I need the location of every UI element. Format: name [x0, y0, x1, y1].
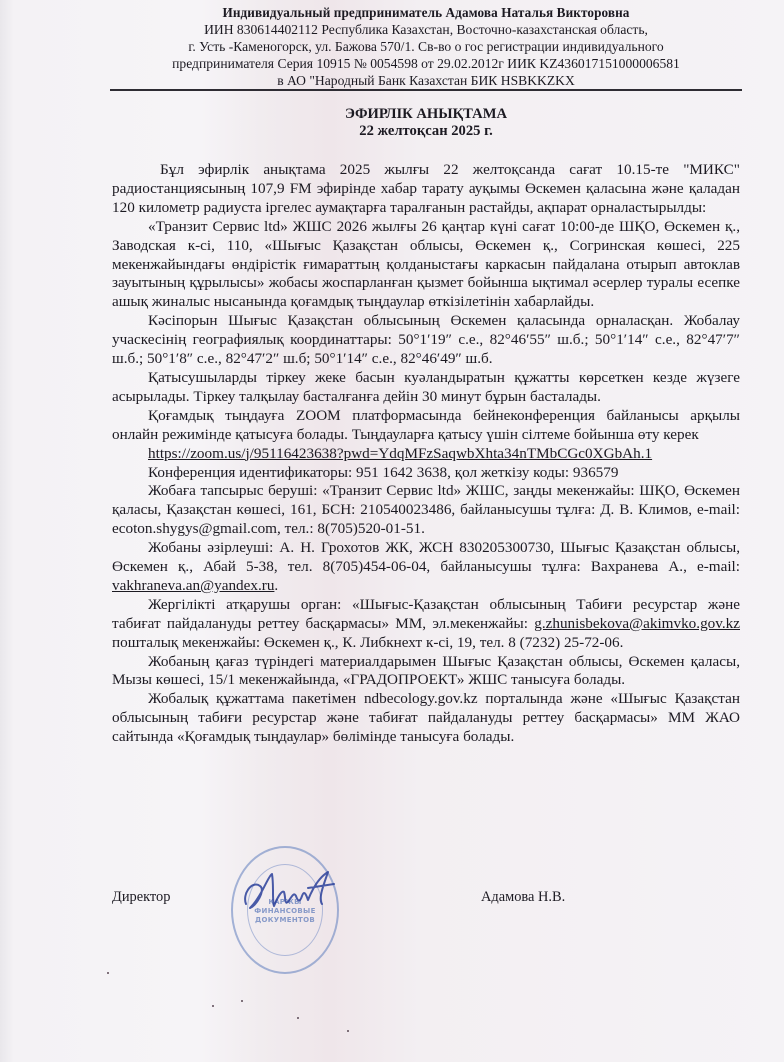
scan-speck	[297, 1017, 299, 1019]
developer-text: Жобаны әзірлеуші: А. Н. Грохотов ЖК, ЖСН…	[112, 539, 740, 575]
signatory-name: Адамова Н.В.	[481, 889, 565, 906]
paragraph-paper-materials: Жобаның қағаз түріндегі материалдарымен …	[112, 653, 740, 691]
paragraph-local-authority: Жергілікті атқарушы орган: «Шығыс-Қазақс…	[112, 596, 740, 653]
paragraph-coordinates: Кәсіпорын Шығыс Қазақстан облысының Өске…	[112, 312, 740, 369]
signatory-role: Директор	[112, 889, 170, 906]
paragraph-developer: Жобаны әзірлеуші: А. Н. Грохотов ЖК, ЖСН…	[112, 539, 740, 596]
scan-speck	[212, 1005, 214, 1007]
handwritten-signature-icon	[238, 866, 348, 916]
document-title: ЭФИРЛІК АНЫҚТАМА	[110, 106, 742, 123]
stamp-text-line-3: ДОКУМЕНТОВ	[233, 916, 337, 925]
scan-speck	[347, 1030, 349, 1032]
paragraph-zoom-participation: Қоғамдық тыңдауға ZOOM платформасында бе…	[112, 407, 740, 445]
paragraph-customer: Жобаға тапсырыс беруші: «Транзит Сервис …	[112, 482, 740, 539]
letterhead-line-3: предпринимателя Серия 10915 № 0054598 от…	[110, 55, 742, 72]
letterhead-line-2: г. Усть -Каменогорск, ул. Бажова 570/1. …	[110, 38, 742, 55]
paragraph-registration: Қатысушыларды тіркеу жеке басын куәланды…	[112, 369, 740, 407]
scanned-page: Индивидуальный предприниматель Адамова Н…	[0, 0, 784, 1062]
letterhead-divider	[110, 89, 742, 91]
conference-id: Конференция идентификаторы: 951 1642 363…	[112, 464, 740, 483]
paragraph-hearing-announcement: «Транзит Сервис ltd» ЖШС 2026 жылғы 26 қ…	[112, 218, 740, 313]
scan-speck	[241, 1000, 243, 1002]
letterhead-line-1: ИИН 830614402112 Республика Казахстан, В…	[110, 21, 742, 38]
paragraph-broadcast-confirmation: Бұл эфирлік анықтама 2025 жылғы 22 желто…	[112, 161, 740, 218]
document-title-block: ЭФИРЛІК АНЫҚТАМА 22 желтоқсан 2025 г.	[110, 106, 742, 140]
paragraph-online-materials: Жобалық құжаттама пакетімен ndbecology.g…	[112, 690, 740, 747]
scan-speck	[107, 972, 109, 974]
authority-text-end: пошталық мекенжайы: Өскемен қ., К. Либкн…	[112, 634, 623, 651]
document-date: 22 желтоқсан 2025 г.	[110, 123, 742, 140]
letterhead-name: Индивидуальный предприниматель Адамова Н…	[110, 4, 742, 21]
zoom-link[interactable]: https://zoom.us/j/95116423638?pwd=YdqMFz…	[148, 445, 652, 462]
letterhead-line-4: в АО "Народный Банк Казахстан БИК HSBKKZ…	[110, 72, 742, 89]
zoom-link-line: https://zoom.us/j/95116423638?pwd=YdqMFz…	[112, 445, 740, 464]
developer-text-end: .	[274, 577, 278, 594]
authority-email-link[interactable]: g.zhunisbekova@akimvko.gov.kz	[534, 615, 740, 632]
developer-email-link[interactable]: vakhraneva.an@yandex.ru	[112, 577, 274, 594]
document-body: Бұл эфирлік анықтама 2025 жылғы 22 желто…	[112, 161, 740, 747]
letterhead: Индивидуальный предприниматель Адамова Н…	[110, 4, 742, 89]
